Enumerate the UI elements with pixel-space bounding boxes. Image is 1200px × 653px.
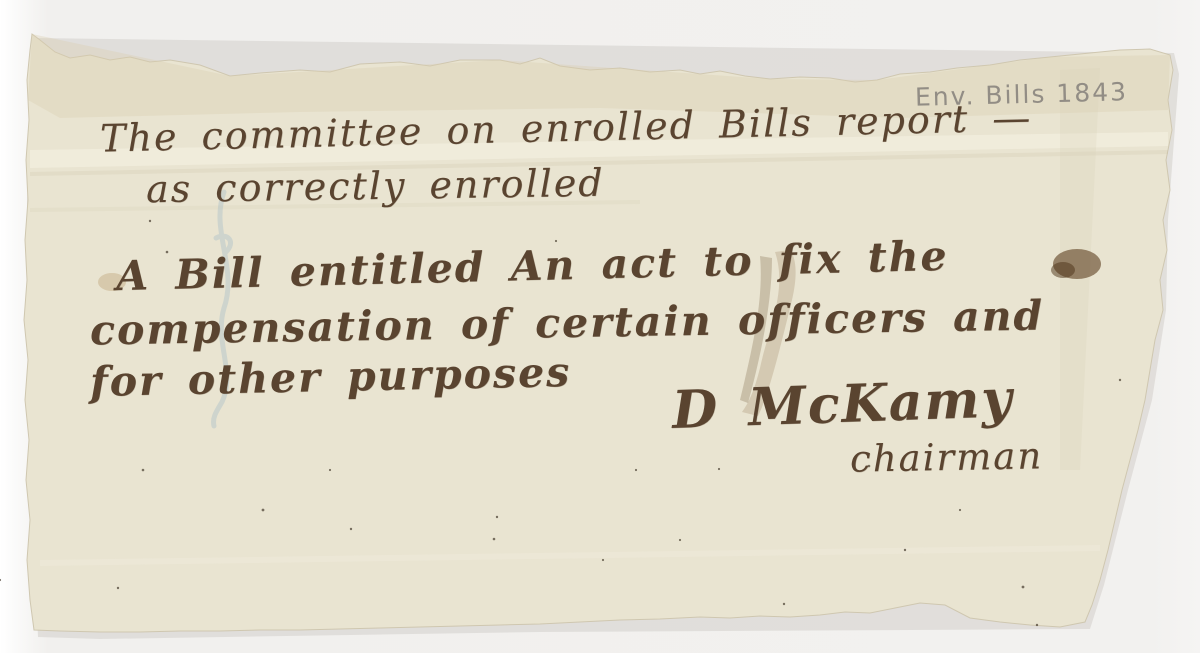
handwriting-line-2: as correctly enrolled xyxy=(146,161,605,211)
document-scan: Env. Bills 1843 The committee on enrolle… xyxy=(0,0,1200,653)
signature: D McKamy xyxy=(671,368,1014,441)
handwriting-line-5: for other purposes xyxy=(90,348,572,406)
signature-title: chairman xyxy=(850,434,1044,480)
ink-blot xyxy=(1051,262,1075,278)
